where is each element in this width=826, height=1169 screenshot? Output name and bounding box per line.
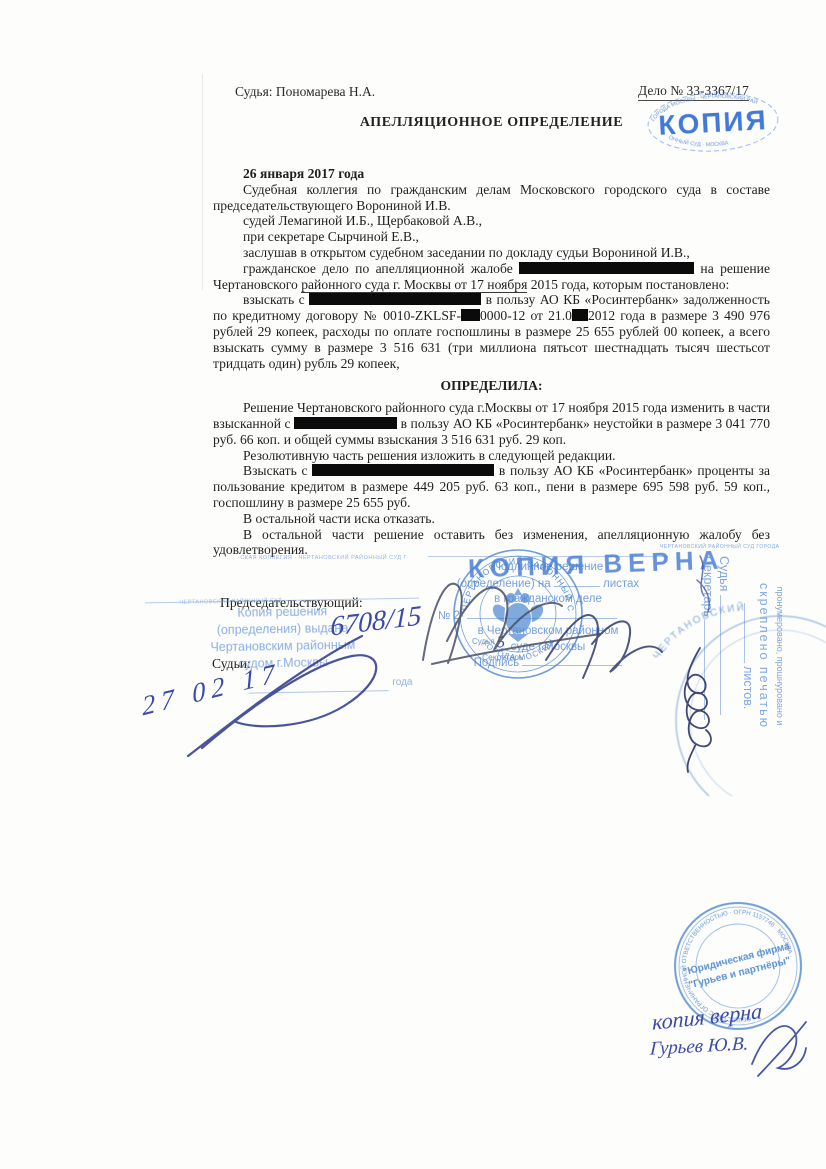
signature-coil bbox=[685, 648, 711, 772]
signature-judge-left bbox=[188, 636, 376, 756]
scanned-court-document: Судья: Пономарева Н.А. Дело № 33-3367/17… bbox=[0, 0, 826, 1169]
signature-judge-right bbox=[546, 615, 662, 678]
signature-lawyer bbox=[752, 1022, 806, 1076]
pen-mark bbox=[697, 556, 709, 612]
signatures-overlay bbox=[0, 0, 826, 1169]
